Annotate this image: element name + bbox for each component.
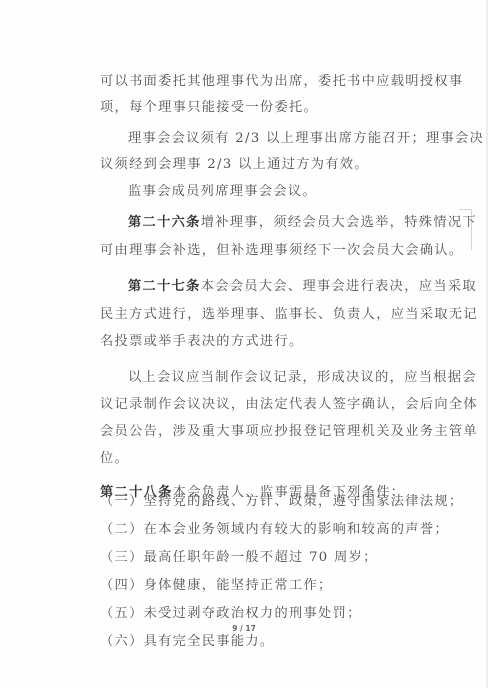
condition-item: （四）身体健康，能坚持正常工作； (100, 577, 333, 595)
document-page: 可以书面委托其他理事代为出席，委托书中应载明授权事 项，每个理事只能接受一份委托… (0, 0, 488, 688)
text-line: 项，每个理事只能接受一份委托。 (100, 99, 318, 117)
article-27-line2: 民主方式进行，选举理事、监事长、负责人，应当采取无记 (100, 306, 478, 324)
condition-item: （二）在本会业务领域内有较大的影响和较高的声誉； (100, 521, 449, 539)
text-line: 监事会成员列席理事会会议。 (128, 183, 317, 201)
article-26-line1: 第二十六条增补理事，须经会员大会选举，特殊情况下 (128, 214, 477, 232)
minutes-line1: 以上会议应当制作会议记录，形成决议的，应当根据会 (128, 369, 477, 387)
article-27-line3: 名投票或举手表决的方式进行。 (100, 333, 304, 351)
article-26-line2: 可由理事会补选，但补选理事须经下一次会员大会确认。 (100, 242, 463, 260)
page-number: 9 / 17 (0, 624, 488, 633)
minutes-line3: 会员公告，涉及重大事项应抄报登记管理机关及业务主管单 (100, 423, 478, 441)
minutes-line2: 议记录制作会议决议，由法定代表人签字确认，会后向全体 (100, 396, 478, 414)
condition-item: （五）未受过剥夺政治权力的刑事处罚； (100, 605, 362, 623)
text-line: 可以书面委托其他理事代为出席，委托书中应载明授权事 (100, 73, 463, 91)
article-heading: 第二十七条 (128, 279, 201, 294)
article-27-line1: 第二十七条本会会员大会、理事会进行表决，应当采取 (128, 278, 477, 296)
text-line: 议须经到会理事 2/3 以上通过方为有效。 (100, 156, 369, 174)
article-heading: 第二十六条 (128, 215, 201, 230)
text-line: 理事会会议须有 2/3 以上理事出席方能召开；理事会决 (128, 130, 484, 148)
condition-item: （一）坚持党的路线、方针、政策，遵守国家法律法规； (100, 493, 463, 511)
minutes-line4: 位。 (100, 450, 129, 468)
condition-item: （三）最高任职年龄一般不超过 70 周岁； (100, 549, 378, 567)
condition-item: （六）具有完全民事能力。 (100, 633, 274, 651)
